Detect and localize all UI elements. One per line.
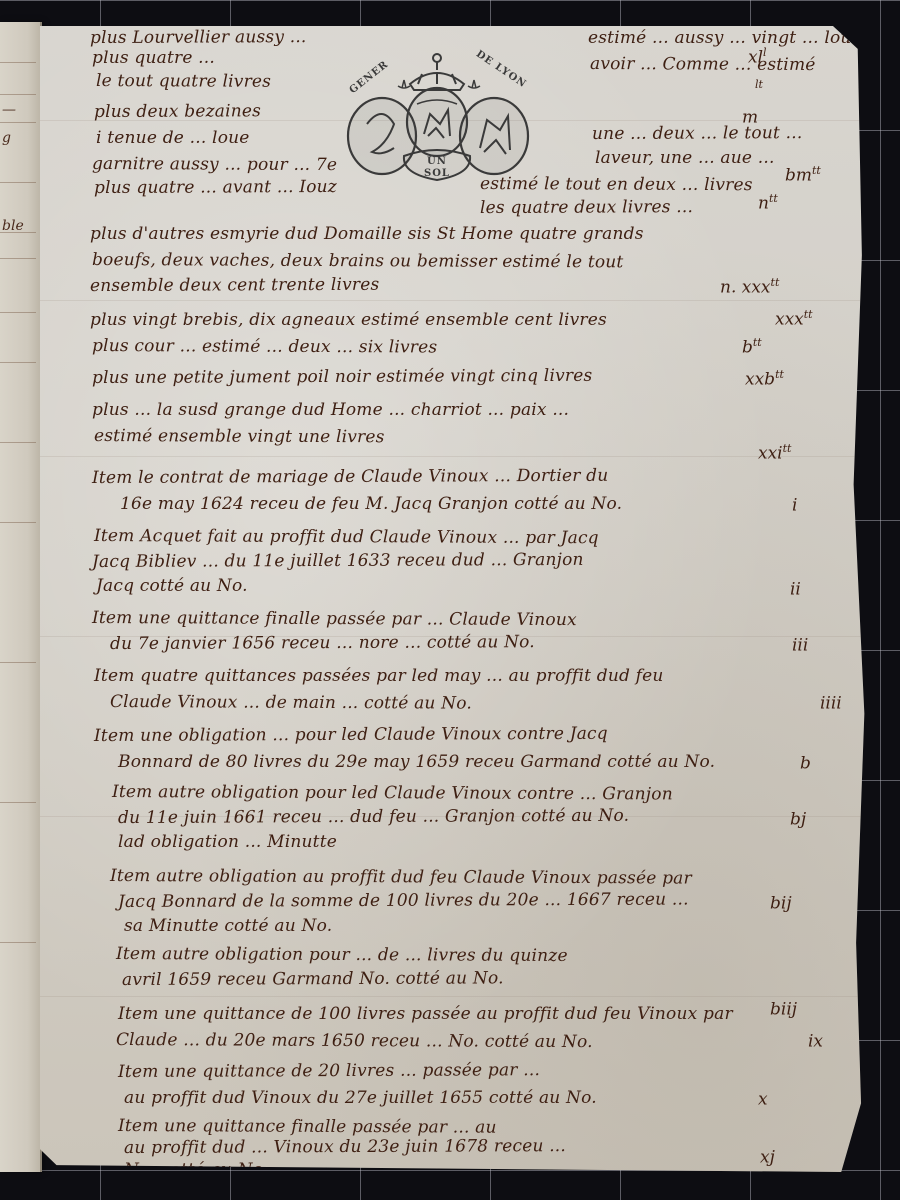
margin-total-unit: tt <box>753 336 762 349</box>
manuscript-line: 16e may 1624 receu de feu M. Jacq Granjo… <box>120 494 622 514</box>
manuscript-line: du 11e juin 1661 receu ... dud feu ... G… <box>118 806 629 828</box>
manuscript-line: Item quatre quittances passées par led m… <box>94 666 664 686</box>
margin-total-value: xl <box>748 48 763 68</box>
manuscript-line: lad obligation ... Minutte <box>118 832 337 852</box>
margin-total-value: x <box>758 1090 768 1110</box>
margin-total-value: bm <box>785 166 812 186</box>
previous-page-fragment: g <box>2 130 11 146</box>
margin-total-value: bj <box>790 810 806 830</box>
manuscript-line: estimé le tout en deux ... livres <box>480 174 753 195</box>
margin-total-value: n. xxx <box>720 278 771 298</box>
margin-total-unit: tt <box>775 368 784 381</box>
margin-total: biij <box>770 998 797 1020</box>
margin-total-value: xxx <box>775 310 804 330</box>
manuscript-line: Item autre obligation pour led Claude Vi… <box>112 782 673 804</box>
manuscript-line: i tenue de ... loue <box>96 128 250 148</box>
manuscript-line: Item autre obligation pour ... de ... li… <box>116 944 568 966</box>
manuscript-line: Jacq Bibliev ... du 11e juillet 1633 rec… <box>92 550 584 572</box>
margin-total-value: xxi <box>758 444 783 464</box>
margin-total: ix <box>808 1030 823 1052</box>
margin-total-unit: tt <box>769 192 778 205</box>
manuscript-line: laveur, une ... aue ... <box>595 148 775 168</box>
margin-total-value: n <box>758 194 769 214</box>
manuscript-line: estimé ensemble vingt une livres <box>94 426 385 447</box>
manuscript-line: du 7e janvier 1656 receu ... nore ... co… <box>110 632 535 654</box>
margin-total: bj <box>790 808 806 830</box>
margin-total-value: xj <box>760 1148 775 1168</box>
manuscript-line: plus quatre ... <box>92 48 215 68</box>
manuscript-line: plus vingt brebis, dix agneaux estimé en… <box>90 310 607 330</box>
previous-page-fragment: — <box>2 102 16 118</box>
margin-total: xll <box>748 46 767 68</box>
manuscript-line: Item une quittance de 100 livres passée … <box>118 1004 733 1024</box>
stamp-denomination-un: UN <box>427 156 447 167</box>
margin-total: xj <box>760 1146 775 1168</box>
margin-total: iiii <box>820 692 842 714</box>
manuscript-line: Jacq cotté au No. <box>96 576 248 596</box>
margin-total-value: ii <box>790 580 801 600</box>
margin-total-unit: tt <box>804 308 813 321</box>
margin-total-value: iii <box>792 636 808 656</box>
margin-total: btt <box>742 336 762 358</box>
manuscript-line: avril 1659 receu Garmand No. cotté au No… <box>122 968 504 990</box>
manuscript-line: garnitre aussy ... pour ... 7e <box>92 154 337 175</box>
margin-total-value: ix <box>808 1032 823 1052</box>
previous-page-fragment: ble <box>2 218 24 234</box>
manuscript-line: plus une petite jument poil noir estimée… <box>92 366 592 388</box>
margin-total: xxbtt <box>745 368 784 390</box>
manuscript-line: plus cour ... estimé ... deux ... six li… <box>92 336 437 358</box>
manuscript-line: Item le contrat de mariage de Claude Vin… <box>92 466 608 488</box>
manuscript-line: au proffit dud Vinoux du 27e juillet 165… <box>124 1088 597 1108</box>
manuscript-line: sa Minutte cotté au No. <box>124 916 332 936</box>
manuscript-line: Item une obligation ... pour led Claude … <box>94 724 608 746</box>
manuscript-line: les quatre deux livres ... <box>480 197 693 218</box>
margin-total-value: iiii <box>820 694 842 714</box>
margin-total: iii <box>792 634 808 656</box>
margin-total-unit: l <box>763 46 767 59</box>
manuscript-line: estimé ... aussy ... vingt ... lours ... <box>588 28 891 48</box>
tax-stamp: GENER DE LYON UN SOL <box>332 44 542 184</box>
manuscript-line: No. cotté au No. <box>124 1160 268 1180</box>
margin-total: xxxtt <box>775 308 813 330</box>
manuscript-line: Jacq Bonnard de la somme de 100 livres d… <box>118 890 689 912</box>
margin-total-unit: tt <box>783 442 792 455</box>
margin-total-unit: tt <box>812 164 821 177</box>
manuscript-line: Item une quittance finalle passée par ..… <box>92 608 577 630</box>
manuscript-line: une ... deux ... le tout ... <box>592 123 803 144</box>
margin-total: xxitt <box>758 442 791 464</box>
manuscript-line: Bonnard de 80 livres du 29e may 1659 rec… <box>118 752 715 772</box>
manuscript-line: plus Lourvellier aussy ... <box>90 27 307 48</box>
margin-total-value: biij <box>770 1000 797 1020</box>
manuscript-line: Item une quittance de 20 livres ... pass… <box>118 1060 540 1082</box>
margin-total: ntt <box>758 192 778 214</box>
manuscript-line: Claude ... du 20e mars 1650 receu ... No… <box>116 1030 593 1052</box>
manuscript-line: boeufs, deux vaches, deux brains ou bemi… <box>92 250 624 272</box>
manuscript-line: plus d'autres esmyrie dud Domaille sis S… <box>90 224 644 244</box>
manuscript-line: Claude Vinoux ... de main ... cotté au N… <box>110 692 472 714</box>
manuscript-line: Item Acquet fait au proffit dud Claude V… <box>94 526 599 548</box>
margin-total-value: xxb <box>745 370 775 390</box>
margin-total: bij <box>770 892 792 914</box>
margin-total-value: i <box>792 496 797 516</box>
stamp-denomination-sol: SOL <box>424 168 450 179</box>
manuscript-line: avoir ... Comme ... estimé <box>590 54 816 75</box>
manuscript-line: ensemble deux cent trente livres <box>90 275 379 296</box>
previous-page-edge: — g ble <box>0 22 42 1172</box>
manuscript-line: plus quatre ... avant ... Iouz <box>94 177 337 198</box>
margin-total: x <box>758 1088 768 1110</box>
margin-total: i <box>792 494 797 516</box>
margin-total: bmtt <box>785 164 821 186</box>
manuscript-line: Item autre obligation au proffit dud feu… <box>110 866 692 889</box>
manuscript-line: le tout quatre livres <box>96 71 271 92</box>
margin-total-value: m <box>742 108 758 128</box>
margin-total-unit: lt <box>755 78 763 91</box>
margin-total-value: bij <box>770 894 792 914</box>
manuscript-line: plus ... la susd grange dud Home ... cha… <box>92 400 569 420</box>
margin-total: ii <box>790 578 801 600</box>
manuscript-page: GENER DE LYON UN SOL plus Lourvellier au… <box>40 26 866 1172</box>
margin-total-unit: tt <box>771 276 780 289</box>
manuscript-line: plus deux bezaines <box>94 101 261 122</box>
margin-total: m <box>742 106 758 128</box>
margin-total-value: b <box>800 754 811 774</box>
manuscript-line: Item une quittance finalle passée par ..… <box>118 1116 497 1138</box>
margin-total: b <box>800 752 811 774</box>
margin-total: n. xxxtt <box>720 276 779 298</box>
manuscript-line: au proffit dud ... Vinoux du 23e juin 16… <box>124 1136 566 1158</box>
margin-total-value: b <box>742 338 753 358</box>
margin-total: lt <box>755 78 763 100</box>
